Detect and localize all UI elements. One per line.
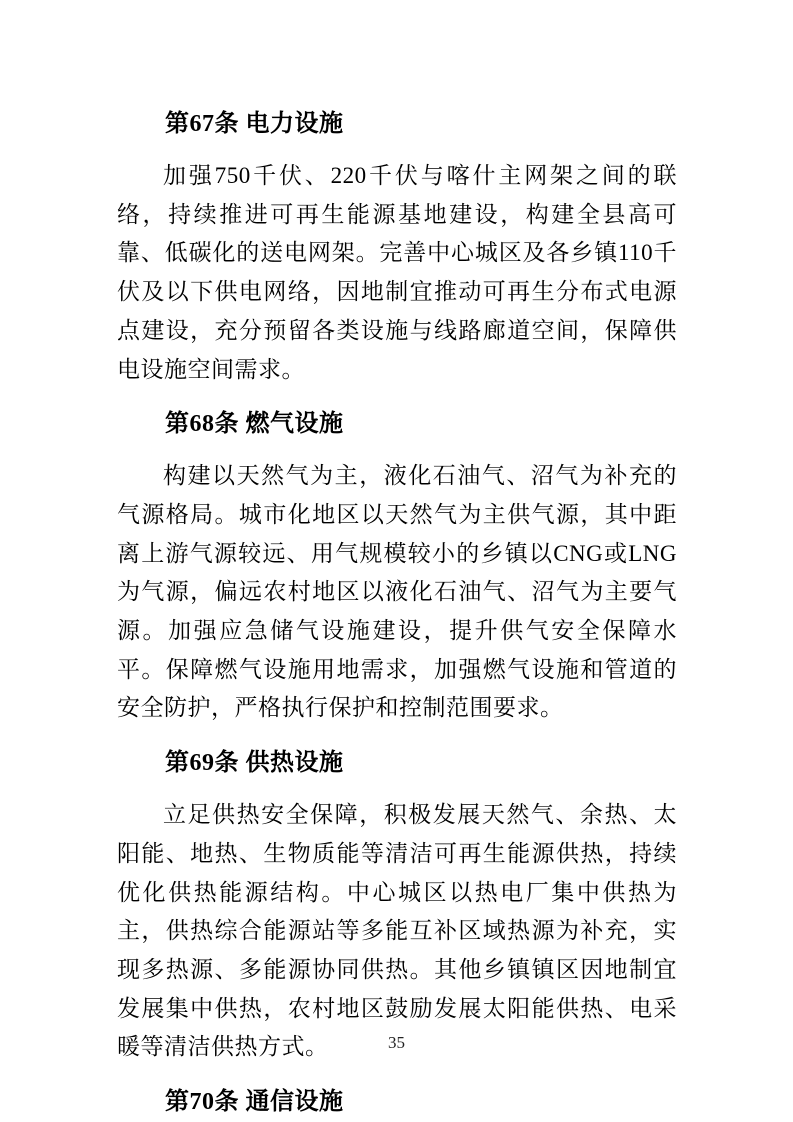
page-number: 35 (0, 1032, 793, 1054)
section-article-70: 第70条 通信设施 (117, 1088, 677, 1116)
article-70-heading: 第70条 通信设施 (117, 1088, 677, 1116)
article-68-heading: 第68条 燃气设施 (117, 410, 677, 438)
document-page: 第67条 电力设施 加强750千伏、220千伏与喀什主网架之间的联络，持续推进可… (0, 0, 793, 1122)
section-article-68: 第68条 燃气设施 构建以天然气为主，液化石油气、沼气为补充的气源格局。城市化地… (117, 410, 677, 728)
section-article-69: 第69条 供热设施 立足供热安全保障，积极发展天然气、余热、太阳能、地热、生物质… (117, 749, 677, 1067)
article-68-body: 构建以天然气为主，液化石油气、沼气为补充的气源格局。城市化地区以天然气为主供气源… (117, 457, 677, 728)
article-67-body: 加强750千伏、220千伏与喀什主网架之间的联络，持续推进可再生能源基地建设，构… (117, 157, 677, 389)
article-69-heading: 第69条 供热设施 (117, 749, 677, 777)
article-67-heading: 第67条 电力设施 (117, 110, 677, 138)
section-article-67: 第67条 电力设施 加强750千伏、220千伏与喀什主网架之间的联络，持续推进可… (117, 110, 677, 389)
article-69-body: 立足供热安全保障，积极发展天然气、余热、太阳能、地热、生物质能等清洁可再生能源供… (117, 796, 677, 1067)
